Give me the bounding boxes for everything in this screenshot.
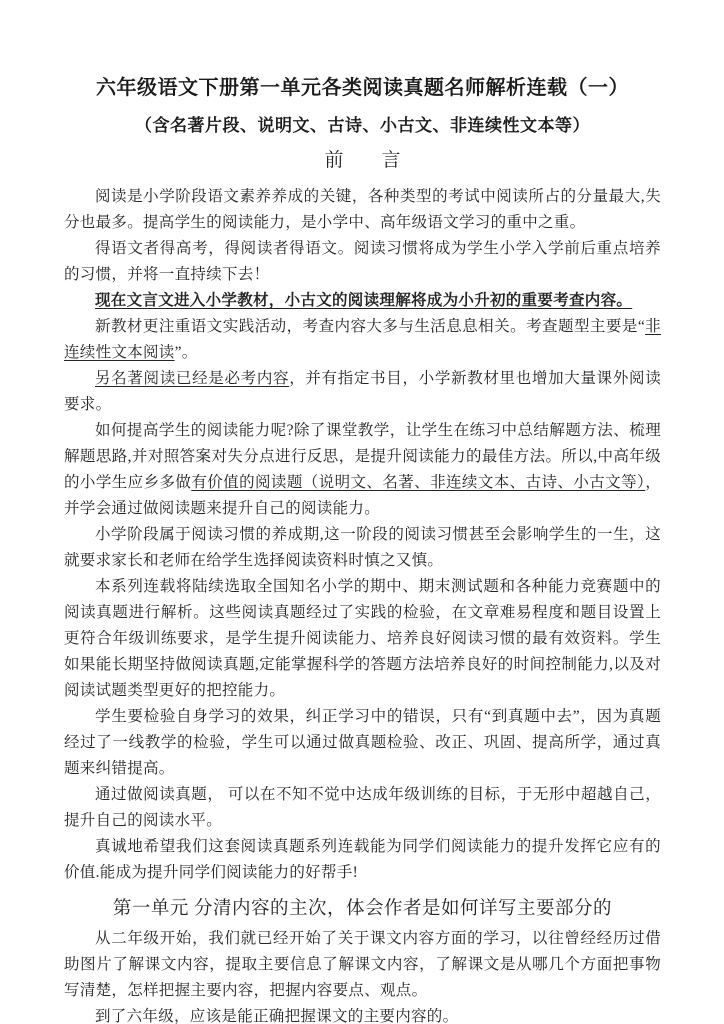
paragraph: 现在文言文进入小学教材，小古文的阅读理解将成为小升初的重要考查内容。 <box>64 288 661 314</box>
paragraph: 真诚地希望我们这套阅读真题系列连载能为同学们阅读能力的提升发挥它应有的价值.能成… <box>64 834 661 886</box>
section-heading: 第一单元 分清内容的主次，体会作者是如何详写主要部分的 <box>64 897 661 921</box>
paragraph: 学生要检验自身学习的效果，纠正学习中的错误，只有“到真题中去”，因为真题经过了一… <box>64 704 661 782</box>
text-run: 通过做阅读真题， 可以在不知不觉中达成年级训练的目标，于无形中超越自己，提升自己… <box>64 786 661 829</box>
paragraph: 另名著阅读已经是必考内容，并有指定书目，小学新教材里也增加大量课外阅读要求。 <box>64 366 661 418</box>
paragraph: 阅读是小学阶段语文素养养成的关键，各种类型的考试中阅读所占的分量最大,失分也最多… <box>64 184 661 236</box>
document-page: 六年级语文下册第一单元各类阅读真题名师解析连载（一） （含名著片段、说明文、古诗… <box>0 0 724 1024</box>
text-run: 另名著阅读已经是必考内容 <box>95 370 289 387</box>
text-run: 学生要检验自身学习的效果，纠正学习中的错误，只有“到真题中去”，因为真题经过了一… <box>64 708 661 777</box>
paragraph: 到了六年级，应该是能正确把握课文的主要内容的。 <box>64 1004 661 1024</box>
text-run: 现在文言文进入小学教材，小古文的阅读理解将成为小升初的重要考查内容。 <box>95 292 632 309</box>
text-run: ”。 <box>175 344 198 361</box>
text-run: 阅读是小学阶段语文素养养成的关键，各种类型的考试中阅读所占的分量最大,失分也最多… <box>64 188 661 231</box>
paragraph: 通过做阅读真题， 可以在不知不觉中达成年级训练的目标，于无形中超越自己，提升自己… <box>64 782 661 834</box>
text-run: 新教材更注重语文实践活动，考查内容大多与生活息息相关。考查题型主要是“ <box>95 318 645 335</box>
paragraph: 从二年级开始，我们就已经开始了关于课文内容方面的学习，以往曾经经历过借助图片了解… <box>64 926 661 1004</box>
paragraph: 本系列连载将陆续选取全国知名小学的期中、期末测试题和各种能力竞赛题中的阅读真题进… <box>64 574 661 704</box>
text-run: 从二年级开始，我们就已经开始了关于课文内容方面的学习，以往曾经经历过借助图片了解… <box>64 930 661 999</box>
text-run: 小学阶段属于阅读习惯的养成期,这一阶段的阅读习惯甚至会影响学生的一生，这就要求家… <box>64 526 661 569</box>
text-run: 得语文者得高考，得阅读者得语文。阅读习惯将成为学生小学入学前后重点培养的习惯，并… <box>64 240 661 283</box>
paragraph: 新教材更注重语文实践活动，考查内容大多与生活息息相关。考查题型主要是“非连续性文… <box>64 314 661 366</box>
paragraph: 得语文者得高考，得阅读者得语文。阅读习惯将成为学生小学入学前后重点培养的习惯，并… <box>64 236 661 288</box>
text-run: 真诚地希望我们这套阅读真题系列连载能为同学们阅读能力的提升发挥它应有的价值.能成… <box>64 838 661 881</box>
text-run: 有价值的阅读题（说明文、名著、非连续文本、古诗、小古文等） <box>191 474 645 491</box>
paragraph: 如何提高学生的阅读能力呢?除了课堂教学，让学生在练习中总结解题方法、梳理解题思路… <box>64 418 661 522</box>
text-run: 本系列连载将陆续选取全国知名小学的期中、期末测试题和各种能力竞赛题中的阅读真题进… <box>64 578 661 699</box>
document-body: 阅读是小学阶段语文素养养成的关键，各种类型的考试中阅读所占的分量最大,失分也最多… <box>64 184 661 1024</box>
document-title: 六年级语文下册第一单元各类阅读真题名师解析连载（一） <box>64 76 661 101</box>
text-run: 到了六年级，应该是能正确把握课文的主要内容的。 <box>95 1008 458 1024</box>
preface-heading: 前 言 <box>64 150 661 173</box>
paragraph: 小学阶段属于阅读习惯的养成期,这一阶段的阅读习惯甚至会影响学生的一生，这就要求家… <box>64 522 661 574</box>
document-subtitle: （含名著片段、说明文、古诗、小古文、非连续性文本等） <box>64 116 661 136</box>
